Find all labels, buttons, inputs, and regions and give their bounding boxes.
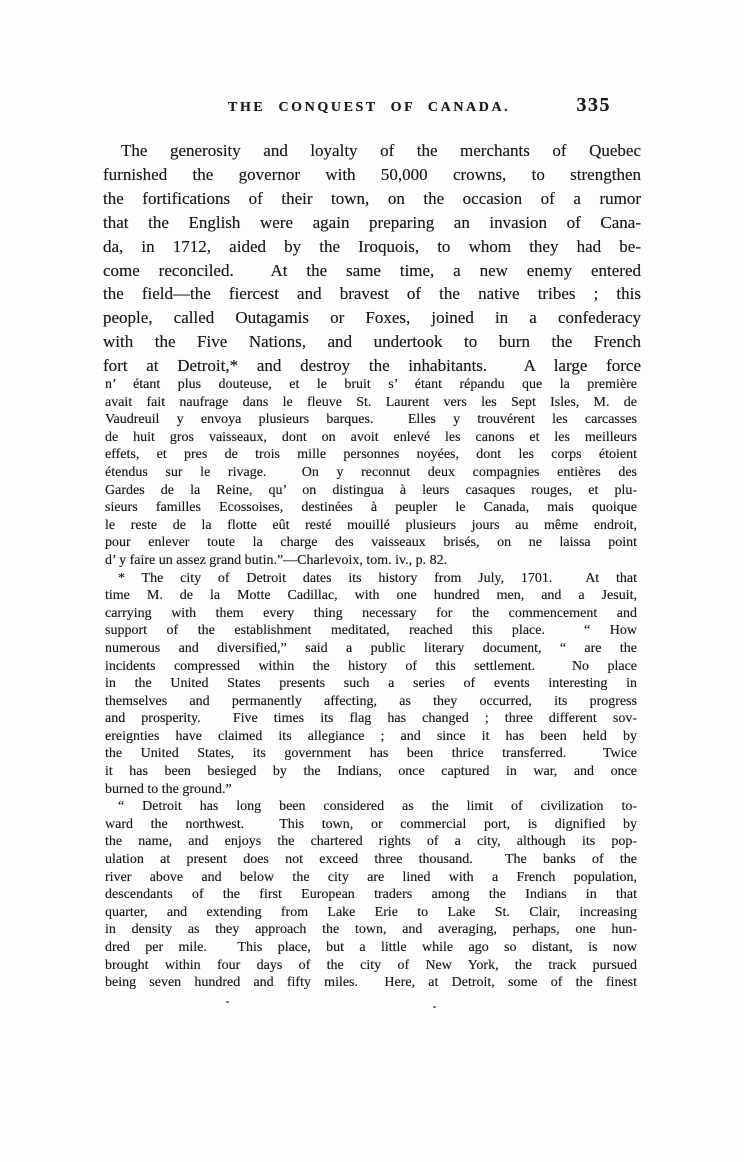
text-line: fort at Detroit,* and destroy the inhabi… — [103, 354, 641, 378]
text-line: dred per mile. This place, but a little … — [105, 939, 637, 957]
text-line: * The city of Detroit dates its history … — [105, 570, 637, 588]
scan-speck — [433, 1006, 436, 1008]
text-line: ereignties have claimed its allegiance ;… — [105, 728, 637, 746]
text-line: come reconciled. At the same time, a new… — [103, 259, 641, 283]
page-number: 335 — [577, 94, 612, 117]
text-line: themselves and permanently affecting, as… — [105, 693, 637, 711]
text-line: numerous and diversified,” said a public… — [105, 640, 637, 658]
text-line: le reste de la flotte eût resté mouillé … — [105, 517, 637, 535]
footnotes-section: n’ étant plus douteuse, et le bruit s’ é… — [105, 376, 637, 992]
book-page: THE CONQUEST OF CANADA. 335 The generosi… — [0, 0, 744, 1162]
footnote-detroit-asterisk: * The city of Detroit dates its history … — [105, 570, 637, 799]
text-line: ward the northwest. This town, or commer… — [105, 816, 637, 834]
text-line: “ Detroit has long been considered as th… — [105, 798, 637, 816]
text-line: burned to the ground.” — [105, 781, 637, 799]
text-line: time M. de la Motte Cadillac, with one h… — [105, 587, 637, 605]
text-line: effets, et pres de trois mille personnes… — [105, 446, 637, 464]
text-line: carrying with them every thing necessary… — [105, 605, 637, 623]
text-line: and prosperity. Five times its flag has … — [105, 710, 637, 728]
running-title: THE CONQUEST OF CANADA. — [228, 100, 510, 116]
text-line: people, called Outagamis or Foxes, joine… — [103, 306, 641, 330]
scan-speck — [226, 1001, 229, 1003]
text-line: river above and below the city are lined… — [105, 869, 637, 887]
text-line: it has been besieged by the Indians, onc… — [105, 763, 637, 781]
text-line: that the English were again preparing an… — [103, 211, 641, 235]
text-line: being seven hundred and fifty miles. Her… — [105, 974, 637, 992]
text-line: the United States, its government has be… — [105, 745, 637, 763]
main-paragraph: The generosity and loyalty of the mercha… — [103, 139, 641, 378]
text-line: d’ y faire un assez grand butin.”—Charle… — [105, 552, 637, 570]
text-line: in the United States presents such a ser… — [105, 675, 637, 693]
text-line: in density as they approach the town, an… — [105, 921, 637, 939]
text-line: The generosity and loyalty of the mercha… — [103, 139, 641, 163]
text-line: n’ étant plus douteuse, et le bruit s’ é… — [105, 376, 637, 394]
text-line: avait fait naufrage dans le fleuve St. L… — [105, 394, 637, 412]
text-line: brought within four days of the city of … — [105, 957, 637, 975]
text-line: incidents compressed within the history … — [105, 658, 637, 676]
text-line: the field—the fiercest and bravest of th… — [103, 282, 641, 306]
text-line: descendants of the first European trader… — [105, 886, 637, 904]
footnote-detroit-quote: “ Detroit has long been considered as th… — [105, 798, 637, 992]
footnote-french-continuation: n’ étant plus douteuse, et le bruit s’ é… — [105, 376, 637, 570]
text-line: quarter, and extending from Lake Erie to… — [105, 904, 637, 922]
text-line: Gardes de la Reine, qu’ on distingua à l… — [105, 482, 637, 500]
text-line: support of the establishment meditated, … — [105, 622, 637, 640]
page-header: THE CONQUEST OF CANADA. 335 — [104, 96, 640, 122]
text-line: pour enlever toute la charge des vaissea… — [105, 534, 637, 552]
text-line: sieurs familles Ecossoises, destinées à … — [105, 499, 637, 517]
text-line: étendus sur le rivage. On y reconnut deu… — [105, 464, 637, 482]
text-line: Vaudreuil y envoya plusieurs barques. El… — [105, 411, 637, 429]
text-line: de huit gros vaisseaux, dont on avoit en… — [105, 429, 637, 447]
text-line: ulation at present does not exceed three… — [105, 851, 637, 869]
text-line: da, in 1712, aided by the Iroquois, to w… — [103, 235, 641, 259]
text-line: with the Five Nations, and undertook to … — [103, 330, 641, 354]
text-line: the name, and enjoys the chartered right… — [105, 833, 637, 851]
text-line: furnished the governor with 50,000 crown… — [103, 163, 641, 187]
text-line: the fortifications of their town, on the… — [103, 187, 641, 211]
